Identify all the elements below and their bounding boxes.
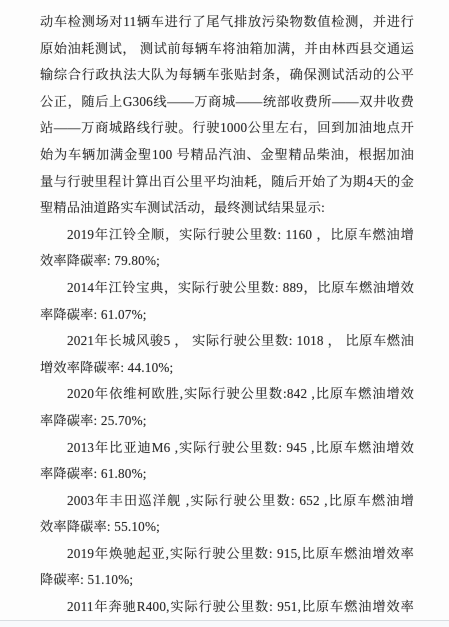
document-line: 始为车辆加满金聖100 号精品汽油、金聖精品柴油，根据加油 — [40, 142, 414, 169]
document-line: 2020年依维柯欧胜,实际行驶公里数:842 ,比原车燃油增效 — [40, 381, 414, 408]
document-line: 2014年江铃宝典，实际行驶公里数: 889，比原车燃油增效 — [40, 275, 414, 302]
document-line: 2021年长城风骏5 ， 实际行驶公里数: 1018 ， 比原车燃油 — [40, 328, 414, 355]
document-line: 动车检测场对11辆车进行了尾气排放污染物数值检测，并进行 — [40, 9, 414, 36]
document-line: 公正，随后上G306线——万商城——统部收费所——双井收费 — [40, 89, 414, 116]
document-line: 2013年比亚迪M6 ,实际行驶公里数: 945 ,比原车燃油增效 — [40, 435, 414, 462]
scanned-document-page: 动车检测场对11辆车进行了尾气排放污染物数值检测，并进行原始油耗测试， 测试前每… — [0, 0, 449, 627]
document-body: 动车检测场对11辆车进行了尾气排放污染物数值检测，并进行原始油耗测试， 测试前每… — [40, 9, 414, 621]
document-line: 2019年焕驰起亚,实际行驶公里数: 915,比原车燃油增效率 — [40, 541, 414, 568]
document-line: 率降碳率: 61.07%; — [40, 302, 414, 329]
document-line: 量与行驶里程计算出百公里平均油耗，随后开始了为期4天的金 — [40, 169, 414, 196]
document-line: 降碳率: 51.10%; — [40, 567, 414, 594]
document-line: 聖精品油道路实车测试活动，最终测试结果显示: — [40, 195, 414, 222]
document-line: 率降碳率: 61.80%; — [40, 461, 414, 488]
document-line: 2019年江铃全顺，实际行驶公里数: 1160 ，比原车燃油增 — [40, 222, 414, 249]
document-line: 效率降碳率: 79.80%; — [40, 248, 414, 275]
document-line: 站——万商城路线行驶。行驶1000公里左右，回到加油地点开 — [40, 115, 414, 142]
document-line: 输综合行政执法大队为每辆车张贴封条，确保测试活动的公平 — [40, 62, 414, 89]
document-line: 率降碳率: 25.70%; — [40, 408, 414, 435]
page-footer-strip — [0, 621, 449, 627]
document-line: 增效率降碳率: 44.10%; — [40, 355, 414, 382]
document-line: 原始油耗测试， 测试前每辆车将油箱加满，并由林西县交通运 — [40, 36, 414, 63]
document-line: 效率降碳率: 55.10%; — [40, 514, 414, 541]
document-line: 2003年丰田巡洋舰 ,实际行驶公里数: 652 ,比原车燃油增 — [40, 488, 414, 515]
document-line: 2011年奔驰R400,实际行驶公里数: 951,比原车燃油增效率 — [40, 594, 414, 621]
